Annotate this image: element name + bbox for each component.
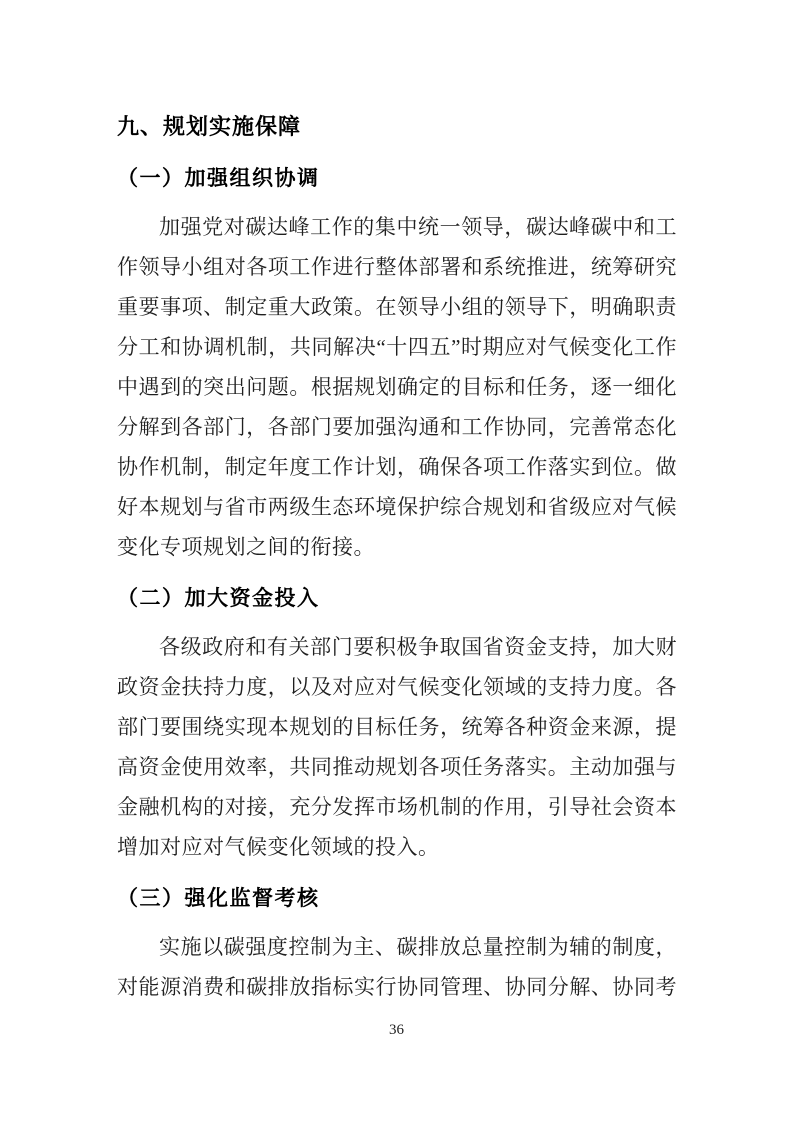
- section-supervision-assessment: （三）强化监督考核 实施以碳强度控制为主、碳排放总量控制为辅的制度，对能源消费和…: [117, 885, 677, 1007]
- chapter-title: 九、规划实施保障: [117, 113, 677, 141]
- document-content: 九、规划实施保障 （一）加强组织协调 加强党对碳达峰工作的集中统一领导，碳达峰碳…: [117, 113, 677, 1007]
- section-organization-coordination: （一）加强组织协调 加强党对碳达峰工作的集中统一领导，碳达峰碳中和工作领导小组对…: [117, 165, 677, 567]
- section-2-heading: （二）加大资金投入: [117, 585, 677, 612]
- document-page: 九、规划实施保障 （一）加强组织协调 加强党对碳达峰工作的集中统一领导，碳达峰碳…: [0, 0, 793, 1122]
- section-2-paragraph: 各级政府和有关部门要积极争取国省资金支持，加大财政资金扶持力度，以及对应对气候变…: [117, 627, 677, 867]
- section-3-paragraph: 实施以碳强度控制为主、碳排放总量控制为辅的制度，对能源消费和碳排放指标实行协同管…: [117, 927, 677, 1007]
- section-1-paragraph: 加强党对碳达峰工作的集中统一领导，碳达峰碳中和工作领导小组对各项工作进行整体部署…: [117, 207, 677, 567]
- section-1-heading: （一）加强组织协调: [117, 165, 677, 192]
- page-number: 36: [0, 1022, 793, 1039]
- section-funding-investment: （二）加大资金投入 各级政府和有关部门要积极争取国省资金支持，加大财政资金扶持力…: [117, 585, 677, 867]
- section-3-heading: （三）强化监督考核: [117, 885, 677, 912]
